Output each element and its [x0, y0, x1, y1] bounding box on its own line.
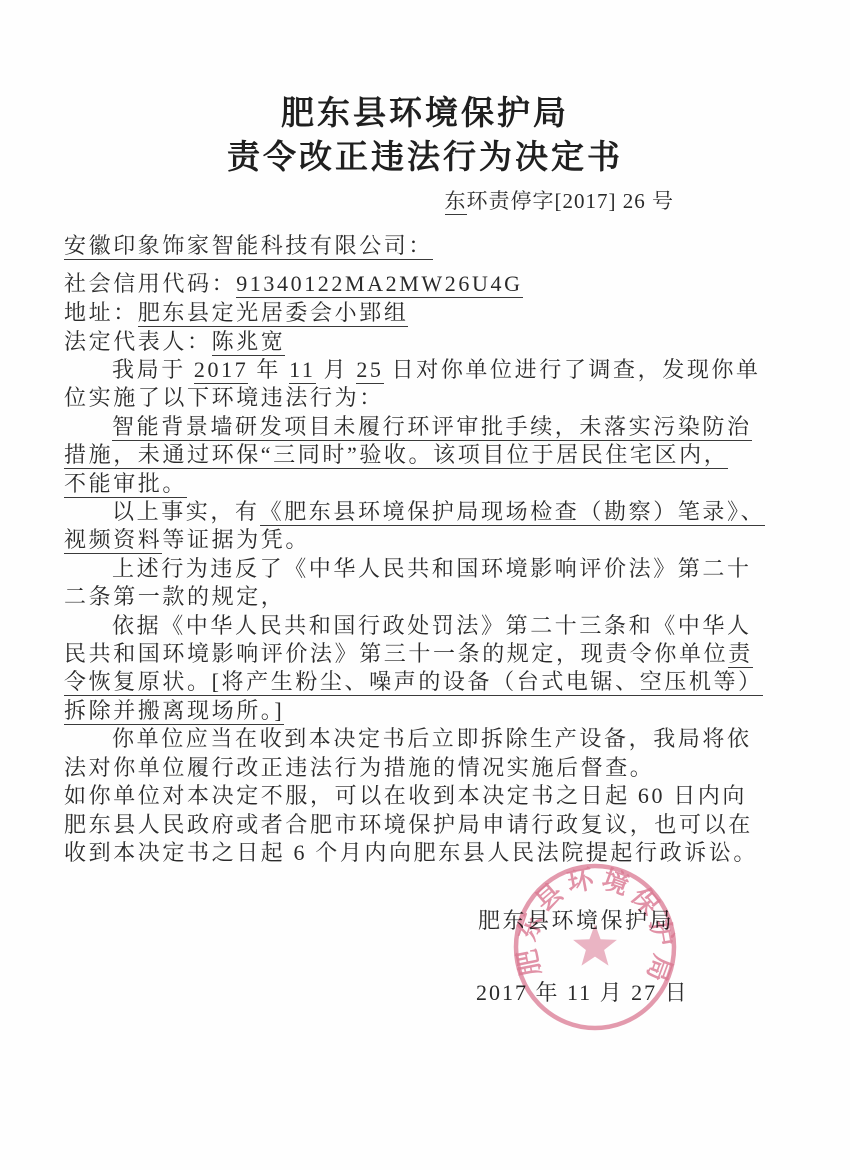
text-segment: 民共和国环境影响评价法》第三十一条的规定，现责令你单位	[64, 641, 728, 666]
text-segment: 位实施了以下环境违法行为：	[64, 385, 384, 410]
doc-number-rest: 环责停字[2017] 26 号	[467, 189, 675, 213]
text-segment: 法定代表人：	[64, 329, 212, 354]
text-line: 上述行为违反了《中华人民共和国环境影响评价法》第二十	[64, 555, 826, 583]
underlined-text: 拆除并搬离现场所。]	[64, 698, 284, 725]
underlined-text: 不能审批。	[64, 471, 187, 498]
official-seal-stamp: 肥东县环境保护局	[510, 862, 680, 1032]
text-line: 地址：肥东县定光居委会小郢组	[64, 298, 822, 327]
recipient-block: 安徽印象饰家智能科技有限公司：社会信用代码：91340122MA2MW26U4G…	[64, 231, 822, 356]
text-segment: 你单位应当在收到本决定书后立即拆除生产设备，我局将依	[112, 726, 752, 751]
text-line: 收到本决定书之日起 6 个月内向肥东县人民法院提起行政诉讼。	[64, 839, 826, 867]
underlined-text: 25	[356, 357, 383, 384]
text-line: 民共和国环境影响评价法》第三十一条的规定，现责令你单位责	[64, 640, 826, 668]
underlined-text: 视频资料	[64, 527, 162, 554]
text-line: 依据《中华人民共和国行政处罚法》第二十三条和《中华人	[64, 612, 826, 640]
text-line: 拆除并搬离现场所。]	[64, 697, 826, 725]
text-line: 你单位应当在收到本决定书后立即拆除生产设备，我局将依	[64, 725, 826, 753]
document-body: 我局于 2017 年 11 月 25 日对你单位进行了调查，发现你单位实施了以下…	[64, 356, 826, 867]
text-line: 社会信用代码：91340122MA2MW26U4G	[64, 269, 822, 298]
underlined-text: 措施，未通过环保“三同时”验收。该项目位于居民住宅区内，	[64, 442, 728, 469]
text-segment: 依据《中华人民共和国行政处罚法》第二十三条和《中华人	[112, 613, 752, 638]
underlined-text: 11	[289, 357, 315, 384]
page-subtitle: 责令改正违法行为决定书	[0, 136, 850, 180]
text-segment: 法对你单位履行改正违法行为措施的情况实施后督查。	[64, 755, 654, 780]
text-line: 二条第一款的规定，	[64, 583, 826, 611]
underlined-text: 陈兆宽	[212, 329, 286, 356]
underlined-text: 《肥东县环境保护局现场检查（勘察）笔录》、	[260, 499, 766, 526]
text-line: 法对你单位履行改正违法行为措施的情况实施后督查。	[64, 754, 826, 782]
text-line: 安徽印象饰家智能科技有限公司：	[64, 231, 822, 260]
text-line: 智能背景墙研发项目未履行环评审批手续，未落实污染防治	[64, 413, 826, 441]
text-line: 措施，未通过环保“三同时”验收。该项目位于居民住宅区内，	[64, 441, 826, 469]
doc-number: 东环责停字[2017] 26 号	[0, 188, 850, 214]
seal-star-icon	[573, 924, 617, 966]
doc-number-underlined: 东	[445, 189, 467, 215]
text-segment: 等证据为凭。	[162, 527, 310, 552]
document-page: 肥东县环境保护局 责令改正违法行为决定书 东环责停字[2017] 26 号 安徽…	[0, 0, 850, 1170]
text-line: 令恢复原状。[将产生粉尘、噪声的设备（台式电锯、空压机等）	[64, 668, 826, 696]
underlined-text: 安徽印象饰家智能科技有限公司：	[64, 233, 433, 260]
text-line: 我局于 2017 年 11 月 25 日对你单位进行了调查，发现你单	[64, 356, 826, 384]
text-line: 法定代表人：陈兆宽	[64, 327, 822, 356]
text-line: 肥东县人民政府或者合肥市环境保护局申请行政复议，也可以在	[64, 811, 826, 839]
title-block: 肥东县环境保护局 责令改正违法行为决定书	[0, 0, 850, 180]
underlined-text: 91340122MA2MW26U4G	[236, 271, 522, 298]
underlined-text: 责	[728, 641, 753, 668]
text-segment: 如你单位对本决定不服，可以在收到本决定书之日起 60 日内向	[64, 783, 747, 808]
text-line: 如你单位对本决定不服，可以在收到本决定书之日起 60 日内向	[64, 782, 826, 810]
text-segment: 二条第一款的规定，	[64, 584, 285, 609]
text-segment: 月	[316, 357, 357, 382]
underlined-text: 令恢复原状。[将产生粉尘、噪声的设备（台式电锯、空压机等）	[64, 669, 763, 696]
text-segment: 上述行为违反了《中华人民共和国环境影响评价法》第二十	[112, 556, 752, 581]
text-line: 以上事实，有《肥东县环境保护局现场检查（勘察）笔录》、	[64, 498, 826, 526]
text-line: 视频资料等证据为凭。	[64, 526, 826, 554]
text-segment: 年	[248, 357, 289, 382]
text-segment: 以上事实，有	[112, 499, 260, 524]
text-line: 位实施了以下环境违法行为：	[64, 384, 826, 412]
underlined-text: 2017	[194, 357, 248, 384]
text-segment: 社会信用代码：	[64, 271, 236, 296]
text-segment: 肥东县人民政府或者合肥市环境保护局申请行政复议，也可以在	[64, 812, 753, 837]
text-segment: 我局于	[112, 357, 194, 382]
text-line: 不能审批。	[64, 470, 826, 498]
underlined-text: 肥东县定光居委会小郢组	[138, 300, 409, 327]
underlined-text: 智能背景墙研发项目未履行环评审批手续，未落实污染防治	[112, 414, 752, 441]
text-segment: 地址：	[64, 300, 138, 325]
page-title: 肥东县环境保护局	[0, 92, 850, 136]
text-segment: 日对你单位进行了调查，发现你单	[384, 357, 761, 382]
